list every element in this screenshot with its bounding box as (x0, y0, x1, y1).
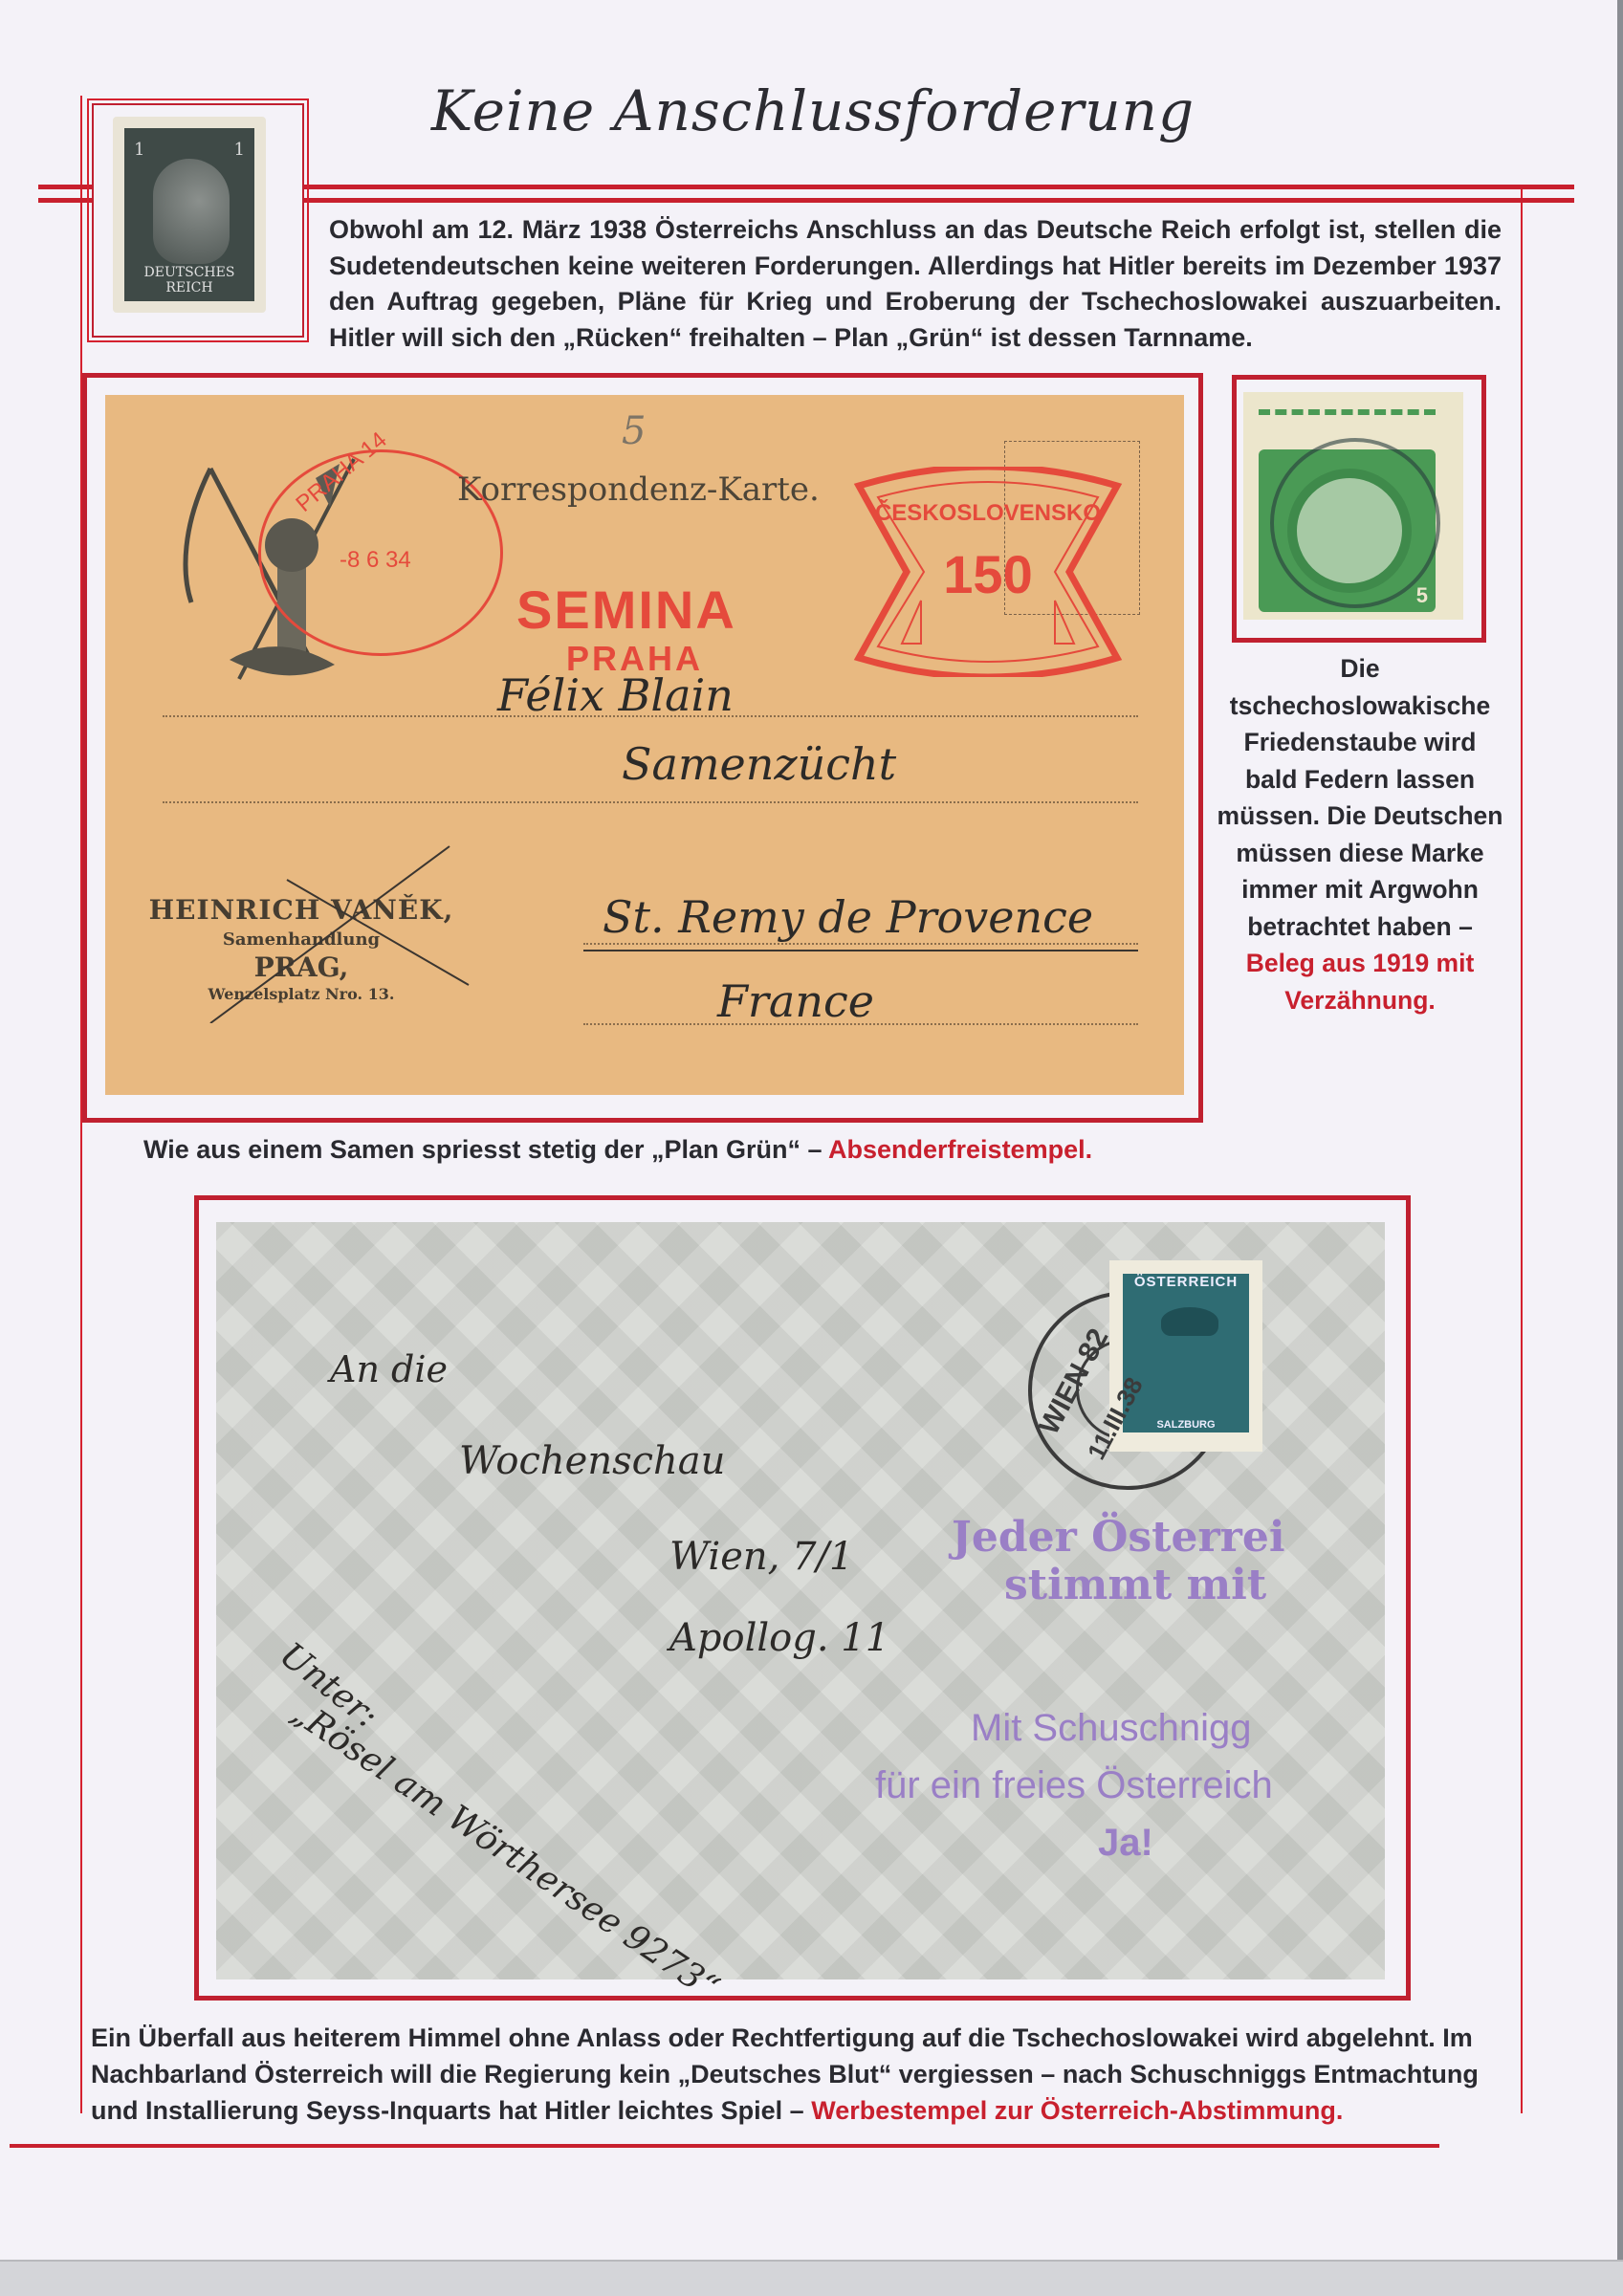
recipient-line2: Samenzücht (622, 738, 896, 790)
postmark-date: -8 6 34 (340, 547, 411, 574)
slogan2-line1: Mit Schuschnigg (971, 1707, 1251, 1750)
stamp-value-left: 1 (134, 140, 144, 160)
stamp-austria: ÖSTERREICH SALZBURG (1109, 1260, 1262, 1452)
cover-address-line2: Wochenschau (459, 1439, 725, 1483)
frame-right-line (1521, 189, 1523, 2113)
stamp-value-right: 1 (234, 140, 245, 160)
side-note: Die tschechoslowakische Friedenstaube wi… (1217, 650, 1503, 1018)
stamp-czech-value: 5 (1416, 583, 1428, 608)
meter-stamp: ČESKOSLOVENSKO 150 (849, 467, 1127, 677)
meter-company: SEMINA (516, 579, 736, 641)
recipient-name: Félix Blain (497, 669, 734, 721)
stamp-germany-face: 1 1 DEUTSCHES REICH (124, 128, 254, 301)
footer-rule (10, 2144, 1439, 2148)
page-bottom-edge (0, 2260, 1623, 2296)
postcard-header: Korrespondenz-Karte. (457, 470, 820, 509)
cover-address-line3: Wien, 7/1 (669, 1535, 853, 1579)
caption-cover-highlight: Werbestempel zur Österreich-Abstimmung. (811, 2096, 1343, 2125)
stamp-country: DEUTSCHES REICH (124, 265, 254, 295)
stamp-czech-dove: 5 (1243, 392, 1463, 620)
side-note-highlight: Beleg aus 1919 mit Verzähnung. (1246, 949, 1475, 1015)
address-line (583, 943, 1138, 945)
address-underline (583, 950, 1138, 951)
recipient-country: France (717, 975, 874, 1027)
caption-cover: Ein Überfall aus heiterem Himmel ohne An… (91, 2020, 1525, 2129)
address-line (163, 801, 1138, 803)
slogan2-line3: Ja! (1098, 1822, 1153, 1865)
meter-country: ČESKOSLOVENSKO (849, 500, 1127, 527)
stamp-austria-region: SALZBURG (1123, 1419, 1249, 1431)
cover-address-line1: An die (330, 1348, 448, 1390)
slogan2-line2: für ein freies Österreich (875, 1764, 1273, 1807)
cover-address-line4: Apollog. 11 (669, 1616, 889, 1660)
side-note-text: Die tschechoslowakische Friedenstaube wi… (1217, 654, 1503, 941)
caption-postcard-text: Wie aus einem Samen spriesst stetig der … (143, 1135, 822, 1164)
page-title: Keine Anschlussforderung (430, 78, 1195, 143)
slogan1-line1: Jeder Österrei (952, 1513, 1285, 1562)
page-edge-shadow (1617, 0, 1623, 2296)
intro-paragraph: Obwohl am 12. März 1938 Österreichs Ansc… (329, 212, 1502, 356)
stamp-cancel-mark (1270, 438, 1440, 608)
cross-out-mark-icon (191, 842, 478, 1023)
caption-postcard-highlight: Absenderfreistempel. (828, 1135, 1092, 1164)
recipient-city: St. Remy de Provence (603, 891, 1093, 943)
stamp-austria-face: ÖSTERREICH SALZBURG (1123, 1274, 1249, 1432)
portrait-icon (153, 159, 230, 264)
hat-figure-icon (1161, 1307, 1218, 1336)
slogan1-line2: stimmt mit (1004, 1561, 1266, 1609)
stamp-perforation-margin (1259, 409, 1436, 425)
pencil-note: 5 (622, 409, 646, 453)
stamp-germany: 1 1 DEUTSCHES REICH (113, 117, 266, 313)
meter-value: 150 (849, 543, 1127, 605)
stamp-austria-country: ÖSTERREICH (1123, 1274, 1249, 1290)
caption-postcard: Wie aus einem Samen spriesst stetig der … (143, 1135, 1195, 1165)
